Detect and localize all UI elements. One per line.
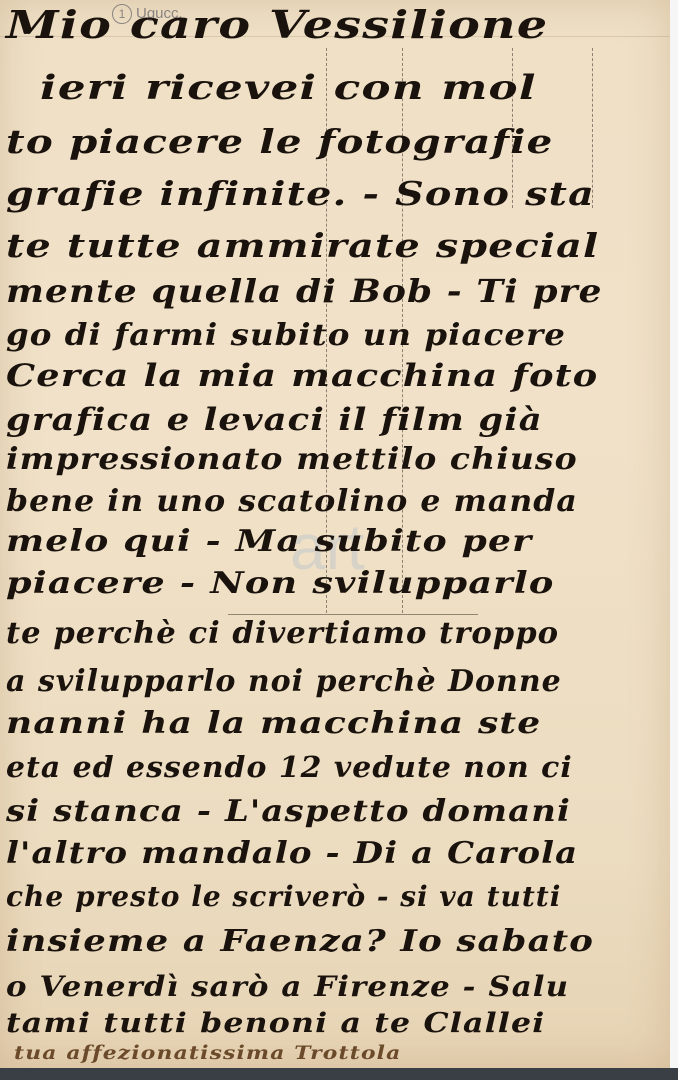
- handwritten-line: l'altro mandalo - Di a Carola: [6, 836, 578, 871]
- handwritten-line: nanni ha la macchina ste: [6, 706, 541, 741]
- handwritten-line: a svilupparlo noi perchè Donne: [6, 664, 562, 699]
- handwritten-line: grafie infinite. - Sono sta: [6, 174, 595, 213]
- handwritten-line: go di farmi subito un piacere: [6, 318, 566, 353]
- handwritten-line: grafica e levaci il film già: [6, 402, 543, 438]
- handwritten-line: mente quella di Bob - Ti pre: [6, 272, 603, 310]
- handwritten-line: to piacere le fotografie: [6, 122, 553, 161]
- handwritten-line: impressionato mettilo chiuso: [6, 442, 578, 477]
- handwritten-line: insieme a Faenza? Io sabato: [6, 924, 594, 959]
- handwritten-line: ieri ricevei con mol: [40, 68, 537, 108]
- signature-line: tua affezionatissima Trottola: [14, 1042, 401, 1064]
- handwritten-line: Cerca la mia macchina foto: [6, 358, 598, 394]
- scan-edge-bottom: [0, 1068, 678, 1080]
- handwritten-line: si stanca - L'aspetto domani: [6, 794, 571, 829]
- handwritten-line: che presto le scriverò - si va tutti: [6, 880, 561, 913]
- scan-edge-right: [670, 0, 678, 1080]
- handwritten-line: te perchè ci divertiamo troppo: [6, 616, 559, 651]
- address-divider-line: [228, 614, 478, 615]
- handwritten-line: bene in uno scatolino e manda: [6, 484, 578, 519]
- handwritten-line: eta ed essendo 12 vedute non ci: [6, 750, 573, 784]
- handwritten-line: tami tutti benoni a te Clallei: [6, 1008, 545, 1039]
- handwritten-line: te tutte ammirate special: [6, 226, 599, 265]
- handwritten-line: melo qui - Ma subito per: [6, 524, 532, 559]
- handwritten-line: Mio caro Vessilione: [6, 2, 548, 47]
- handwritten-line: piacere - Non svilupparlo: [6, 566, 555, 601]
- handwritten-line: o Venerdì sarò a Firenze - Salu: [6, 970, 569, 1003]
- postcard: 1Ugucc. art Mio caro Vessilione ieri ric…: [0, 0, 670, 1068]
